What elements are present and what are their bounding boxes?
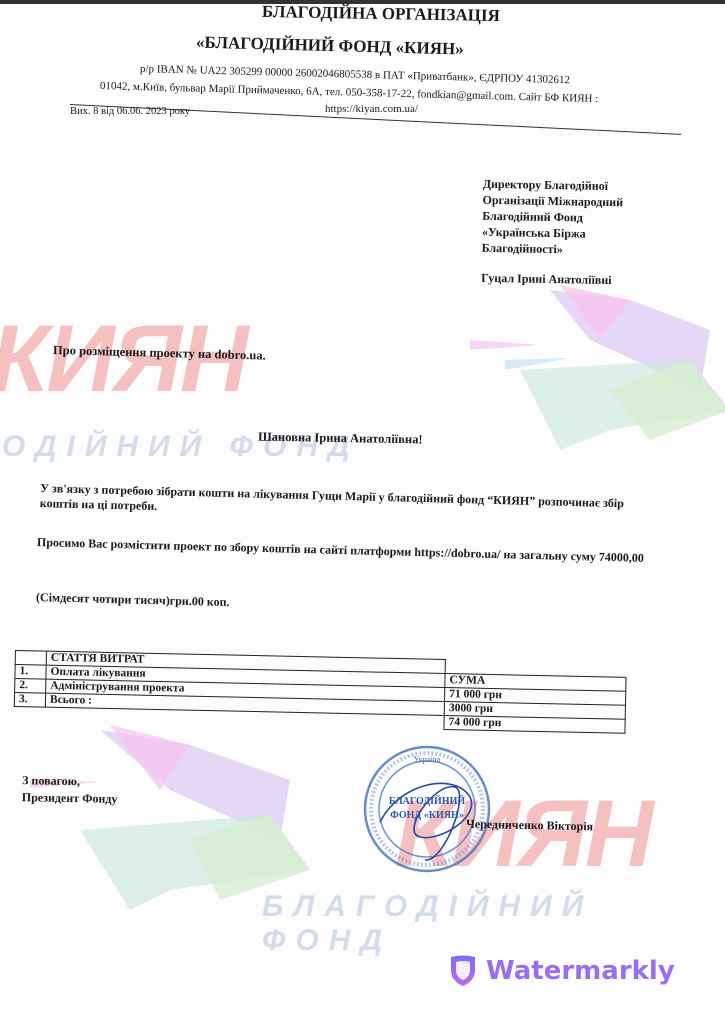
addressee-line: Благодійності» [482,240,623,258]
addressee-name: Гуцал Ірині Анатоліївні [481,270,622,288]
closing-block: З повагою, Президент Фонду [22,772,118,808]
letterhead-website: https://kiyan.com.ua/ [325,103,418,115]
letterhead-org-name: «БЛАГОДІЙНИЙ ФОНД «КИЯН» [196,32,464,59]
row-number: 2. [15,679,46,694]
outgoing-reference: Вих. 8 від 06.06. 2023 року [70,106,190,117]
shield-icon [448,954,478,988]
closing-regards: З повагою, [22,772,118,791]
letter-subject: Про розміщення проекту на dobro.ua. [53,343,266,364]
row-sum: 74 000 грн [444,716,625,734]
costs-table: СТАТТЯ ВИТРАТ 1. Оплата лікування СУМА 2… [14,650,627,734]
overlay-watermark: Watermarkly [448,954,675,988]
svg-text:ФОНД «КИЯН»: ФОНД «КИЯН» [390,810,464,821]
letter-document: БЛАГОДІЙНА ОРГАНІЗАЦІЯ «БЛАГОДІЙНИЙ ФОНД… [0,0,725,1024]
row-number: 1. [15,665,46,680]
letterhead-org-type: БЛАГОДІЙНА ОРГАНІЗАЦІЯ [262,2,500,26]
closing-title: Президент Фонду [22,789,118,808]
body-paragraph-2: Просимо Вас розмістити проект по збору к… [37,535,647,566]
official-stamp-icon: Україна БЛАГОДІЙНИЙ ФОНД «КИЯН» [360,742,495,877]
body-paragraph-3: (Сімдесят чотири тисяч)грн.00 коп. [36,590,230,610]
row-number: 3. [14,693,45,708]
signer-name: Чередниченко Вікторія [466,817,593,835]
svg-text:Україна: Україна [414,755,441,764]
body-paragraph-1: У зв'язку з потребою зібрати кошти на лі… [40,481,651,527]
salutation: Шановна Ірина Анатоліївна! [258,430,423,448]
watermark-label: Watermarkly [486,956,675,986]
addressee-block: Директору Благодійної Організації Міжнар… [481,176,623,288]
